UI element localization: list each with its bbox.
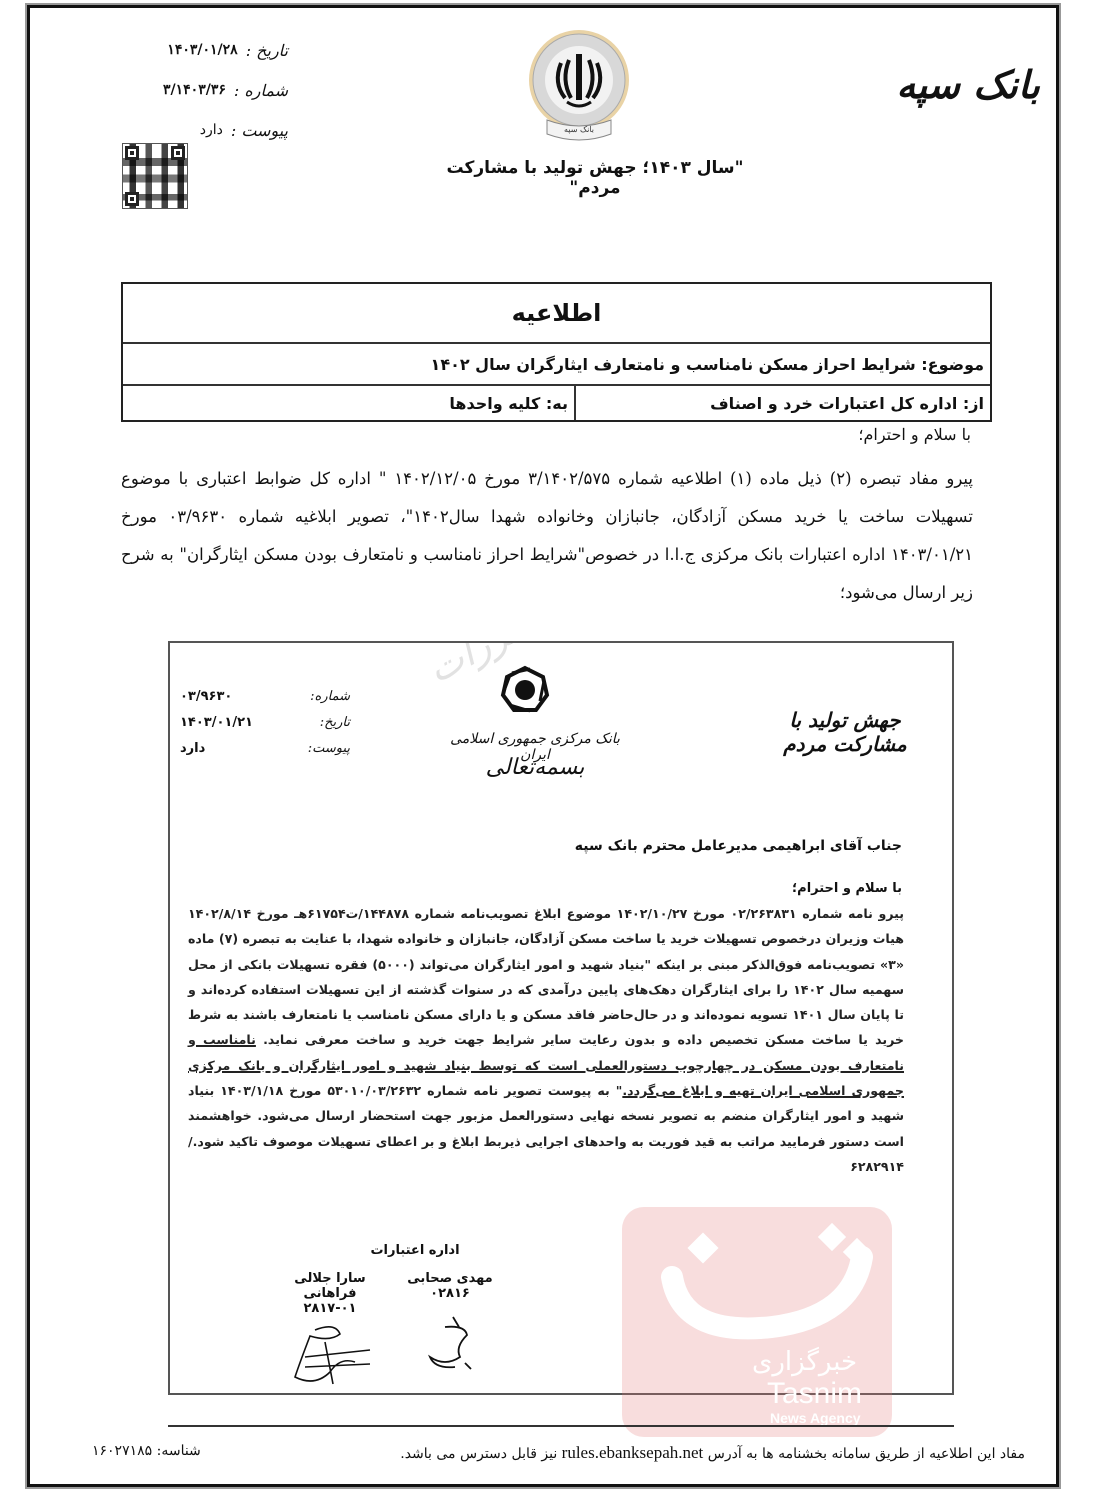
signer-name: مهدی صحابی — [395, 1271, 505, 1286]
number-value: ۳/۱۴۰۳/۳۶ — [163, 82, 226, 98]
central-bank-logo-icon — [500, 665, 550, 715]
date-row: تاریخ : ۱۴۰۳/۰۱/۲۸ — [118, 30, 288, 70]
footer-divider — [168, 1425, 954, 1427]
tasnim-watermark: خبرگزاری Tasnim News Agency — [622, 1207, 892, 1437]
qr-code-icon — [122, 143, 188, 209]
letter-attachment-row: پیوست: دارد — [180, 735, 350, 761]
bank-sepah-emblem-icon: بانک سپه — [525, 28, 633, 150]
signature-icon — [415, 1307, 485, 1377]
header-meta: تاریخ : ۱۴۰۳/۰۱/۲۸ شماره : ۳/۱۴۰۳/۳۶ پیو… — [118, 30, 288, 150]
signer-code: ۲۸۱۷-۰۱ — [275, 1301, 385, 1316]
footer-text-before: مفاد این اطلاعیه از طریق سامانه بخشنامه … — [708, 1446, 1025, 1462]
letter-attachment-label: پیوست: — [308, 741, 350, 756]
basmala: بسمه‌تعالی — [470, 755, 600, 780]
notice-title: اطلاعیه — [123, 284, 990, 344]
header-slogan: "سال ۱۴۰۳؛ جهش تولید با مشارکت مردم" — [420, 158, 770, 198]
bank-name-logo: بانک سپه — [880, 62, 1040, 107]
number-label: شماره : — [234, 81, 288, 100]
letter-date-row: تاریخ: ۱۴۰۳/۰۱/۲۱ — [180, 709, 350, 735]
tasnim-persian-label: خبرگزاری — [752, 1347, 857, 1377]
attachment-value: دارد — [200, 122, 223, 138]
letter-greeting: با سلام و احترام؛ — [792, 881, 902, 896]
document-id-value: ۱۶۰۲۷۱۸۵ — [92, 1443, 152, 1459]
footer-note: مفاد این اطلاعیه از طریق سامانه بخشنامه … — [300, 1443, 1025, 1463]
letter-date-value: ۱۴۰۳/۰۱/۲۱ — [180, 715, 253, 730]
letter-attachment-value: دارد — [180, 741, 205, 756]
signer-code: ۰۲۸۱۶ — [395, 1286, 505, 1301]
letter-meta: شماره: ۰۳/۹۶۳۰ تاریخ: ۱۴۰۳/۰۱/۲۱ پیوست: … — [180, 683, 350, 761]
body-paragraph: پیرو مفاد تبصره (۲) ذیل ماده (۱) اطلاعیه… — [121, 460, 973, 612]
footer-text-after: نیز قابل دسترس می باشد. — [400, 1446, 557, 1462]
tasnim-logo-icon — [652, 1217, 882, 1347]
tasnim-english-label: Tasnim — [767, 1377, 862, 1411]
number-row: شماره : ۳/۱۴۰۳/۳۶ — [118, 70, 288, 110]
greeting: با سلام و احترام؛ — [858, 425, 971, 444]
letter-number-value: ۰۳/۹۶۳۰ — [180, 689, 232, 704]
signer-name: سارا جلالی فراهانی — [275, 1271, 385, 1301]
signature-block: مهدی صحابی ۰۲۸۱۶ — [395, 1271, 505, 1377]
letter-number-label: شماره: — [310, 689, 350, 704]
notice-from-to-row: از: اداره کل اعتبارات خرد و اصناف به: کل… — [123, 386, 990, 420]
document-id-label: شناسه: — [157, 1443, 201, 1459]
footer-url-link[interactable]: rules.ebanksepah.net — [562, 1443, 704, 1462]
letter-paragraph-part1: پیرو نامه شماره ۰۲/۲۶۳۸۳۱ مورخ ۱۴۰۲/۱۰/۲… — [188, 906, 904, 1047]
document-id: شناسه: ۱۶۰۲۷۱۸۵ — [92, 1443, 201, 1459]
letter-slogan: جهش تولید با مشارکت مردم — [760, 708, 930, 756]
letter-number-row: شماره: ۰۳/۹۶۳۰ — [180, 683, 350, 709]
letter-date-label: تاریخ: — [320, 715, 350, 730]
date-label: تاریخ : — [246, 41, 288, 60]
date-value: ۱۴۰۳/۰۱/۲۸ — [167, 42, 237, 58]
svg-text:بانک سپه: بانک سپه — [564, 125, 594, 134]
tasnim-subtitle: News Agency — [770, 1410, 861, 1426]
signature-icon — [285, 1322, 375, 1392]
attachment-label: پیوست : — [231, 121, 288, 140]
letter-paragraph: پیرو نامه شماره ۰۲/۲۶۳۸۳۱ مورخ ۱۴۰۲/۱۰/۲… — [188, 901, 904, 1179]
notice-subject: موضوع: شرایط احراز مسکن نامناسب و نامتعا… — [123, 344, 990, 386]
notice-table: اطلاعیه موضوع: شرایط احراز مسکن نامناسب … — [121, 282, 992, 422]
notice-from: از: اداره کل اعتبارات خرد و اصناف — [574, 386, 990, 420]
notice-to: به: کلیه واحدها — [123, 386, 574, 420]
letter-addressee: جناب آقای ابراهیمی مدیرعامل محترم بانک س… — [575, 838, 902, 854]
signing-department: اداره اعتبارات — [355, 1243, 475, 1258]
signature-block: سارا جلالی فراهانی ۲۸۱۷-۰۱ — [275, 1271, 385, 1392]
